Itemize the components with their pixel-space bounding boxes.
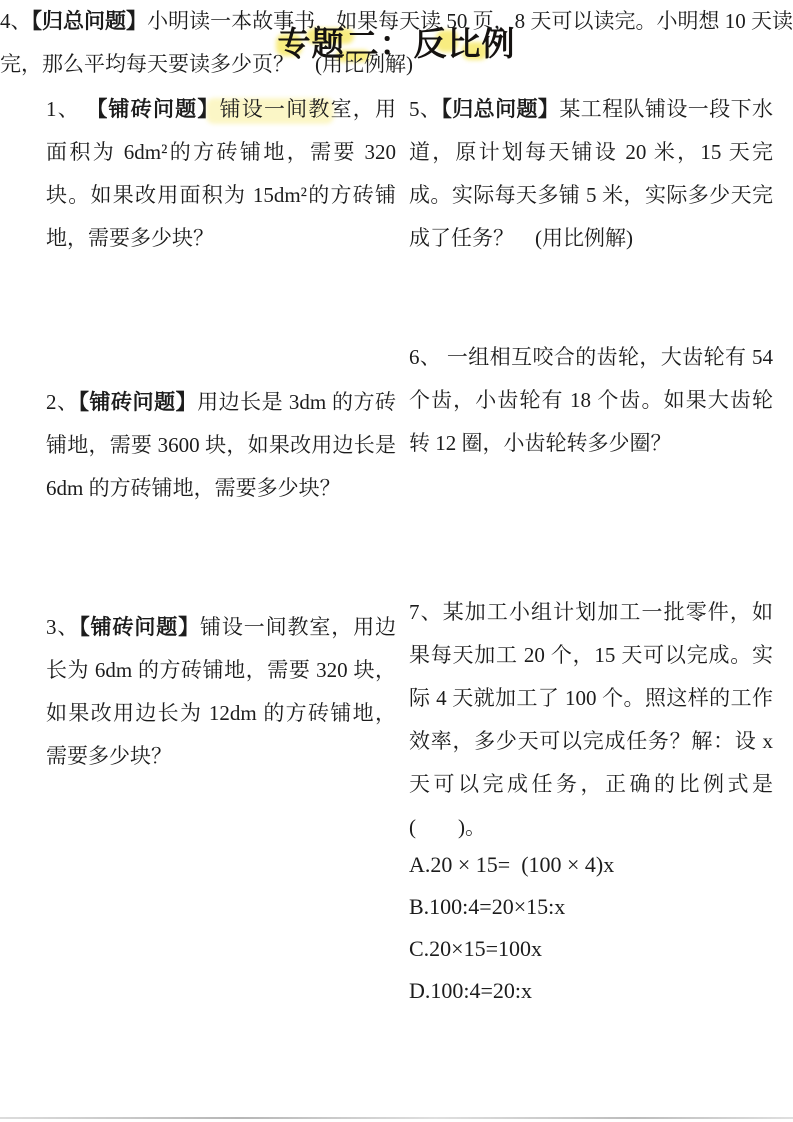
problem-6-number: 6、	[409, 345, 447, 369]
problem-3-number: 3、	[46, 615, 79, 639]
option-d: D.100:4=20:x	[409, 970, 773, 1012]
problem-7-text: 某加工小组计划加工一批零件，如果每天加工 20 个，15 天可以完成。实际 4 …	[409, 600, 773, 839]
problem-4-tag: 【归总问题】	[32, 9, 148, 33]
scan-artifact-line	[0, 1117, 793, 1119]
problem-1-number: 1、	[46, 97, 86, 121]
problem-7-number: 7、	[409, 600, 443, 624]
problem-2-number: 2、	[46, 390, 79, 414]
problem-7: 7、某加工小组计划加工一批零件，如果每天加工 20 个，15 天可以完成。实际 …	[409, 591, 773, 849]
problem-3: 3、【铺砖问题】铺设一间教室，用边长为 6dm 的方砖铺地，需要 320 块，如…	[46, 606, 396, 778]
problem-4: 4、【归总问题】小明读一本故事书，如果每天读 50 页，8 天可以读完。小明想 …	[0, 0, 793, 86]
problem-4-number: 4、	[0, 9, 32, 33]
problem-5-number: 5、	[409, 97, 441, 121]
problem-3-tag: 【铺砖问题】	[79, 615, 200, 639]
option-c: C.20×15=100x	[409, 928, 773, 970]
worksheet-page: 专题二：反比例 1、 【铺砖问题】铺设一间教室，用面积为 6dm²的方砖铺地，需…	[0, 0, 793, 1122]
problem-7-options: A.20 × 15= (100 × 4)x B.100:4=20×15:x C.…	[409, 844, 773, 1012]
problem-6: 6、 一组相互咬合的齿轮，大齿轮有 54 个齿，小齿轮有 18 个齿。如果大齿轮…	[409, 336, 773, 465]
problem-6-text: 一组相互咬合的齿轮，大齿轮有 54 个齿，小齿轮有 18 个齿。如果大齿轮转 1…	[409, 345, 773, 455]
option-a: A.20 × 15= (100 × 4)x	[409, 844, 773, 886]
problem-2-tag: 【铺砖问题】	[79, 390, 198, 414]
problem-1-tag: 【铺砖问题】	[86, 97, 219, 121]
problem-1: 1、 【铺砖问题】铺设一间教室，用面积为 6dm²的方砖铺地，需要 320 块。…	[46, 88, 396, 260]
option-b: B.100:4=20×15:x	[409, 886, 773, 928]
problem-2: 2、【铺砖问题】用边长是 3dm 的方砖铺地，需要 3600 块，如果改用边长是…	[46, 381, 396, 510]
problem-5: 5、【归总问题】某工程队铺设一段下水道，原计划每天铺设 20 米，15 天完成。…	[409, 88, 773, 260]
problem-5-tag: 【归总问题】	[441, 97, 559, 121]
